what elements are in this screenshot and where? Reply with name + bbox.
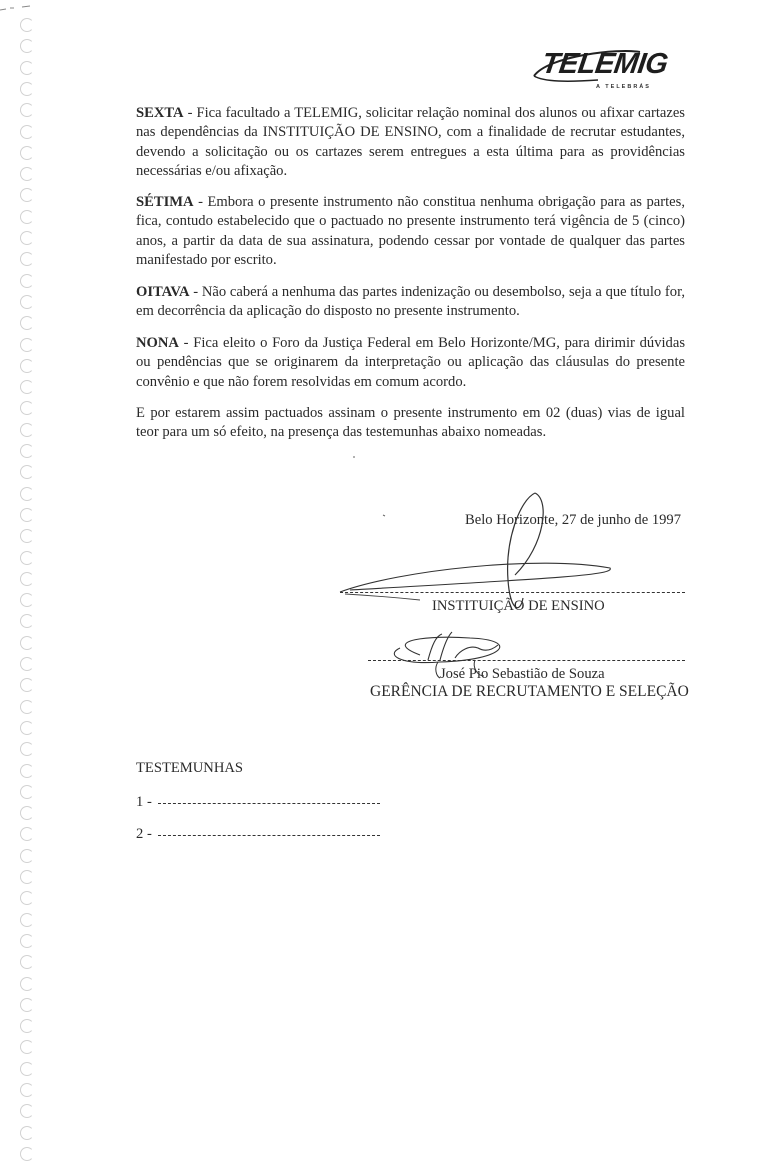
binding-hole-icon bbox=[20, 82, 34, 96]
logo-text: TELEMIG bbox=[540, 48, 670, 81]
binding-hole-icon bbox=[20, 678, 34, 692]
clause-text: - Fica eleito o Foro da Justiça Federal … bbox=[136, 335, 685, 390]
witnesses-title: TESTEMUNHAS bbox=[136, 760, 243, 777]
binding-hole-icon bbox=[20, 125, 34, 139]
binding-hole-icon bbox=[20, 444, 34, 458]
witness-2-signature-line bbox=[158, 835, 380, 836]
telemig-logo: TELEMIG A TELEBRÁS bbox=[528, 46, 698, 96]
binding-hole-icon bbox=[20, 764, 34, 778]
clause-sexta: SEXTA - Fica facultado a TELEMIG, solici… bbox=[136, 104, 685, 182]
institution-signature-line bbox=[340, 592, 685, 593]
signer-department: GERÊNCIA DE RECRUTAMENTO E SELEÇÃO bbox=[370, 683, 689, 701]
clause-setima: SÉTIMA - Embora o presente instrumento n… bbox=[136, 193, 685, 271]
closing-paragraph: E por estarem assim pactuados assinam o … bbox=[136, 404, 685, 443]
binding-hole-icon bbox=[20, 401, 34, 415]
binding-hole-icon bbox=[20, 316, 34, 330]
binding-hole-icon bbox=[20, 614, 34, 628]
binding-hole-icon bbox=[20, 636, 34, 650]
binding-hole-icon bbox=[20, 785, 34, 799]
binding-hole-icon bbox=[20, 487, 34, 501]
clause-label: NONA bbox=[136, 335, 179, 351]
binding-hole-icon bbox=[20, 657, 34, 671]
binding-hole-icon bbox=[20, 1083, 34, 1097]
clause-nona: NONA - Fica eleito o Foro da Justiça Fed… bbox=[136, 334, 685, 392]
binding-hole-icon bbox=[20, 188, 34, 202]
clause-label: OITAVA bbox=[136, 284, 190, 300]
institution-label: INSTITUIÇÃO DE ENSINO bbox=[432, 598, 605, 615]
binding-holes bbox=[14, 18, 44, 1168]
clause-label: SÉTIMA bbox=[136, 194, 194, 210]
clause-text: - Embora o presente instrumento não cons… bbox=[136, 194, 685, 268]
binding-hole-icon bbox=[20, 231, 34, 245]
binding-hole-icon bbox=[20, 380, 34, 394]
binding-hole-icon bbox=[20, 423, 34, 437]
binding-hole-icon bbox=[20, 39, 34, 53]
binding-hole-icon bbox=[20, 572, 34, 586]
binding-hole-icon bbox=[20, 274, 34, 288]
binding-hole-icon bbox=[20, 977, 34, 991]
binding-hole-icon bbox=[20, 465, 34, 479]
binding-hole-icon bbox=[20, 998, 34, 1012]
binding-hole-icon bbox=[20, 103, 34, 117]
binding-hole-icon bbox=[20, 1147, 34, 1161]
logo-subtext: A TELEBRÁS bbox=[596, 84, 651, 90]
signer-signature-line bbox=[368, 660, 685, 661]
witness-1-signature-line bbox=[158, 803, 380, 804]
binding-hole-icon bbox=[20, 551, 34, 565]
binding-hole-icon bbox=[20, 359, 34, 373]
binding-hole-icon bbox=[20, 934, 34, 948]
binding-hole-icon bbox=[20, 721, 34, 735]
binding-hole-icon bbox=[20, 210, 34, 224]
binding-hole-icon bbox=[20, 827, 34, 841]
clause-text: - Fica facultado a TELEMIG, solicitar re… bbox=[136, 105, 685, 179]
binding-hole-icon bbox=[20, 295, 34, 309]
witness-1-number: 1 - bbox=[136, 794, 152, 811]
binding-hole-icon bbox=[20, 1040, 34, 1054]
binding-hole-icon bbox=[20, 167, 34, 181]
binding-hole-icon bbox=[20, 18, 34, 32]
binding-hole-icon bbox=[20, 955, 34, 969]
binding-hole-icon bbox=[20, 742, 34, 756]
binding-hole-icon bbox=[20, 1062, 34, 1076]
binding-hole-icon bbox=[20, 529, 34, 543]
binding-hole-icon bbox=[20, 913, 34, 927]
binding-hole-icon bbox=[20, 806, 34, 820]
binding-hole-icon bbox=[20, 891, 34, 905]
binding-hole-icon bbox=[20, 338, 34, 352]
scan-corner-mark bbox=[0, 0, 40, 8]
binding-hole-icon bbox=[20, 252, 34, 266]
witness-2-number: 2 - bbox=[136, 826, 152, 843]
clause-oitava: OITAVA - Não caberá a nenhuma das partes… bbox=[136, 283, 685, 322]
binding-hole-icon bbox=[20, 508, 34, 522]
clause-label: SEXTA bbox=[136, 105, 184, 121]
binding-hole-icon bbox=[20, 61, 34, 75]
signer-name: José Pio Sebastião de Souza bbox=[440, 666, 605, 683]
binding-hole-icon bbox=[20, 1019, 34, 1033]
binding-hole-icon bbox=[20, 870, 34, 884]
clause-text: - Não caberá a nenhuma das partes indeni… bbox=[136, 284, 685, 319]
place-date: Belo Horizonte, 27 de junho de 1997 bbox=[465, 512, 681, 529]
binding-hole-icon bbox=[20, 593, 34, 607]
binding-hole-icon bbox=[20, 1104, 34, 1118]
binding-hole-icon bbox=[20, 146, 34, 160]
binding-hole-icon bbox=[20, 849, 34, 863]
binding-hole-icon bbox=[20, 700, 34, 714]
binding-hole-icon bbox=[20, 1126, 34, 1140]
